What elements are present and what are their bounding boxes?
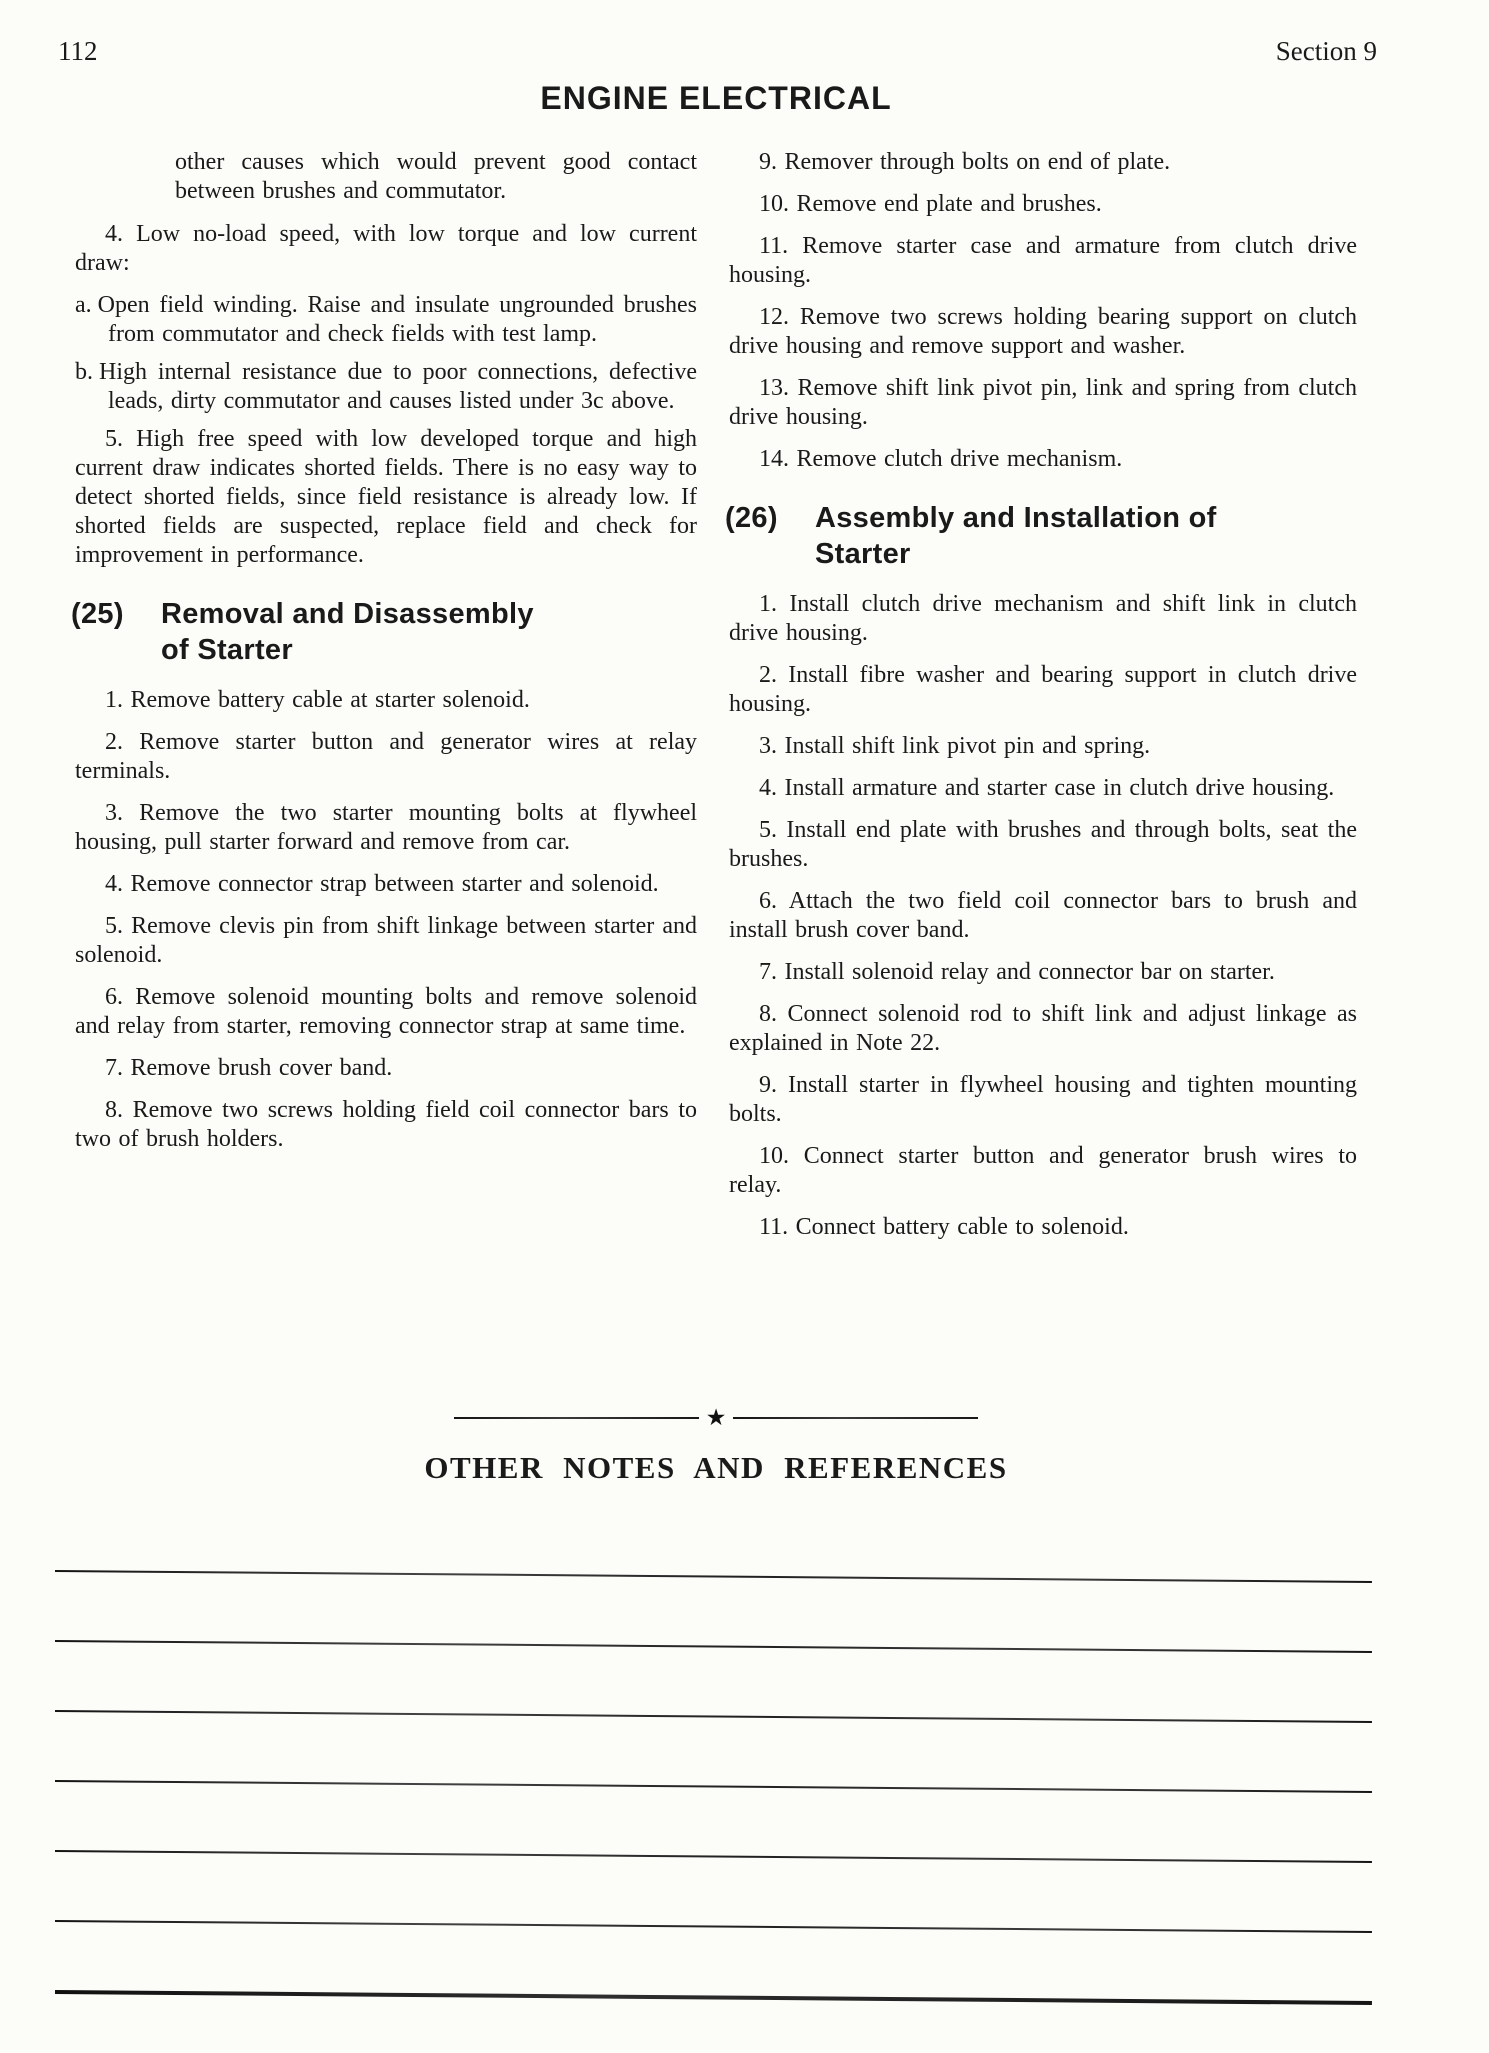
step-number: 9. <box>759 149 777 175</box>
step-number: 11. <box>759 233 788 259</box>
step-item: 4. Remove connector strap between starte… <box>75 870 697 899</box>
step-number: 6. <box>759 888 777 914</box>
subitem-text: Open field winding. Raise and insulate u… <box>98 292 697 347</box>
step-text: Remove brush cover band. <box>131 1055 393 1081</box>
ruled-line <box>55 1920 1372 1933</box>
lettered-subitem: a.Open field winding. Raise and insulate… <box>75 291 697 349</box>
step-item: 13. Remove shift link pivot pin, link an… <box>729 374 1357 432</box>
section-number: (25) <box>71 596 161 668</box>
item-text: Low no-load speed, with low torque and l… <box>75 221 697 276</box>
section-reference: Section 9 <box>1276 36 1377 66</box>
step-item: 9. Install starter in flywheel housing a… <box>729 1071 1357 1129</box>
step-number: 8. <box>759 1001 777 1027</box>
step-text: Install end plate with brushes and throu… <box>729 817 1357 872</box>
left-column: other causes which would prevent good co… <box>75 148 697 1255</box>
step-item: 4. Install armature and starter case in … <box>729 774 1357 803</box>
step-text: Connect starter button and generator bru… <box>729 1143 1357 1198</box>
step-item: 1. Install clutch drive mechanism and sh… <box>729 590 1357 648</box>
star-icon: ★ <box>706 1406 727 1429</box>
step-text: Remove solenoid mounting bolts and remov… <box>75 984 697 1039</box>
step-text: Remove starter case and armature from cl… <box>729 233 1357 288</box>
notes-heading: OTHER NOTES AND REFERENCES <box>75 1450 1357 1486</box>
step-number: 10. <box>759 191 789 217</box>
item-text: High free speed with low developed torqu… <box>75 426 697 568</box>
section-title: Removal and Disassemblyof Starter <box>161 596 534 668</box>
step-item: 10. Connect starter button and generator… <box>729 1142 1357 1200</box>
content-columns: other causes which would prevent good co… <box>75 148 1357 1255</box>
subitem-letter: b. <box>75 359 99 385</box>
step-item: 11. Remove starter case and armature fro… <box>729 232 1357 290</box>
step-number: 4. <box>759 775 777 801</box>
section-title-line2: of Starter <box>161 632 534 668</box>
step-number: 9. <box>759 1072 777 1098</box>
step-item: 7. Install solenoid relay and connector … <box>729 958 1357 987</box>
right-column: 9. Remover through bolts on end of plate… <box>729 148 1357 1255</box>
step-item: 2. Remove starter button and generator w… <box>75 728 697 786</box>
step-item: 8. Connect solenoid rod to shift link an… <box>729 1000 1357 1058</box>
step-text: Connect battery cable to solenoid. <box>796 1214 1129 1240</box>
step-text: Install armature and starter case in clu… <box>785 775 1335 801</box>
manual-page: 112 Section 9 ENGINE ELECTRICAL other ca… <box>0 0 1489 2053</box>
step-item: 3. Remove the two starter mounting bolts… <box>75 799 697 857</box>
step-item: 1. Remove battery cable at starter solen… <box>75 686 697 715</box>
step-text: Install fibre washer and bearing support… <box>729 662 1357 717</box>
section-title-line1: Assembly and Installation of <box>815 500 1217 536</box>
continuation-paragraph: other causes which would prevent good co… <box>75 148 697 206</box>
star-divider: ★ <box>75 1406 1357 1429</box>
step-item: 2. Install fibre washer and bearing supp… <box>729 661 1357 719</box>
step-text: Install clutch drive mechanism and shift… <box>729 591 1357 646</box>
step-item: 14. Remove clutch drive mechanism. <box>729 445 1357 474</box>
subitem-text: High internal resistance due to poor con… <box>99 359 697 414</box>
numbered-paragraph-5: 5. High free speed with low developed to… <box>75 425 697 570</box>
step-number: 13. <box>759 375 789 401</box>
step-number: 1. <box>759 591 777 617</box>
section-25-heading: (25) Removal and Disassemblyof Starter <box>75 596 697 668</box>
step-number: 8. <box>105 1097 123 1123</box>
ruled-line <box>55 1570 1372 1583</box>
step-number: 7. <box>759 959 777 985</box>
item-number: 5. <box>105 426 123 452</box>
step-text: Remove connector strap between starter a… <box>131 871 659 897</box>
step-number: 2. <box>759 662 777 688</box>
ruled-line <box>55 1990 1372 2005</box>
numbered-paragraph-4: 4. Low no-load speed, with low torque an… <box>75 220 697 278</box>
subitem-letter: a. <box>75 292 98 318</box>
step-item: 12. Remove two screws holding bearing su… <box>729 303 1357 361</box>
step-text: Connect solenoid rod to shift link and a… <box>729 1001 1357 1056</box>
step-number: 4. <box>105 871 123 897</box>
step-text: Remover through bolts on end of plate. <box>785 149 1171 175</box>
step-item: 10. Remove end plate and brushes. <box>729 190 1357 219</box>
step-number: 14. <box>759 446 789 472</box>
step-text: Remove end plate and brushes. <box>797 191 1102 217</box>
step-text: Remove the two starter mounting bolts at… <box>75 800 697 855</box>
section-title-line2: Starter <box>815 536 1217 572</box>
section-number: (26) <box>725 500 815 572</box>
step-item: 5. Remove clevis pin from shift linkage … <box>75 912 697 970</box>
step-number: 6. <box>105 984 123 1010</box>
divider-line-left <box>454 1417 699 1419</box>
step-text: Remove battery cable at starter solenoid… <box>131 687 530 713</box>
ruled-line <box>55 1640 1372 1653</box>
ruled-lines <box>55 1570 1372 1994</box>
section-title: Assembly and Installation ofStarter <box>815 500 1217 572</box>
page-header: 112 Section 9 <box>58 36 1377 66</box>
step-text: Install starter in flywheel housing and … <box>729 1072 1357 1127</box>
step-item: 6. Remove solenoid mounting bolts and re… <box>75 983 697 1041</box>
step-number: 2. <box>105 729 123 755</box>
step-text: Install shift link pivot pin and spring. <box>785 733 1151 759</box>
step-number: 3. <box>105 800 123 826</box>
step-text: Remove clevis pin from shift linkage bet… <box>75 913 697 968</box>
ruled-line <box>55 1710 1372 1723</box>
page-title: ENGINE ELECTRICAL <box>75 80 1357 117</box>
step-text: Remove clutch drive mechanism. <box>797 446 1123 472</box>
step-text: Install solenoid relay and connector bar… <box>785 959 1275 985</box>
step-number: 1. <box>105 687 123 713</box>
step-number: 5. <box>105 913 123 939</box>
step-text: Remove two screws holding field coil con… <box>75 1097 697 1152</box>
section-26-heading: (26) Assembly and Installation ofStarter <box>729 500 1357 572</box>
lettered-subitem: b.High internal resistance due to poor c… <box>75 358 697 416</box>
step-item: 5. Install end plate with brushes and th… <box>729 816 1357 874</box>
lettered-subitem-list: a.Open field winding. Raise and insulate… <box>75 291 697 416</box>
step-item: 6. Attach the two field coil connector b… <box>729 887 1357 945</box>
installation-steps-list: 1. Install clutch drive mechanism and sh… <box>729 590 1357 1242</box>
step-text: Remove shift link pivot pin, link and sp… <box>729 375 1357 430</box>
step-number: 5. <box>759 817 777 843</box>
removal-steps-continued-list: 9. Remover through bolts on end of plate… <box>729 148 1357 474</box>
page-number: 112 <box>58 36 98 66</box>
step-item: 8. Remove two screws holding field coil … <box>75 1096 697 1154</box>
step-item: 3. Install shift link pivot pin and spri… <box>729 732 1357 761</box>
step-text: Remove two screws holding bearing suppor… <box>729 304 1357 359</box>
step-item: 9. Remover through bolts on end of plate… <box>729 148 1357 177</box>
step-number: 10. <box>759 1143 789 1169</box>
step-text: Remove starter button and generator wire… <box>75 729 697 784</box>
step-item: 7. Remove brush cover band. <box>75 1054 697 1083</box>
item-number: 4. <box>105 221 123 247</box>
section-title-line1: Removal and Disassembly <box>161 596 534 632</box>
removal-steps-list: 1. Remove battery cable at starter solen… <box>75 686 697 1154</box>
step-number: 3. <box>759 733 777 759</box>
divider-line-right <box>733 1417 978 1419</box>
step-number: 12. <box>759 304 789 330</box>
ruled-line <box>55 1850 1372 1863</box>
step-number: 7. <box>105 1055 123 1081</box>
step-text: Attach the two field coil connector bars… <box>729 888 1357 943</box>
ruled-line <box>55 1780 1372 1793</box>
step-item: 11. Connect battery cable to solenoid. <box>729 1213 1357 1242</box>
step-number: 11. <box>759 1214 788 1240</box>
